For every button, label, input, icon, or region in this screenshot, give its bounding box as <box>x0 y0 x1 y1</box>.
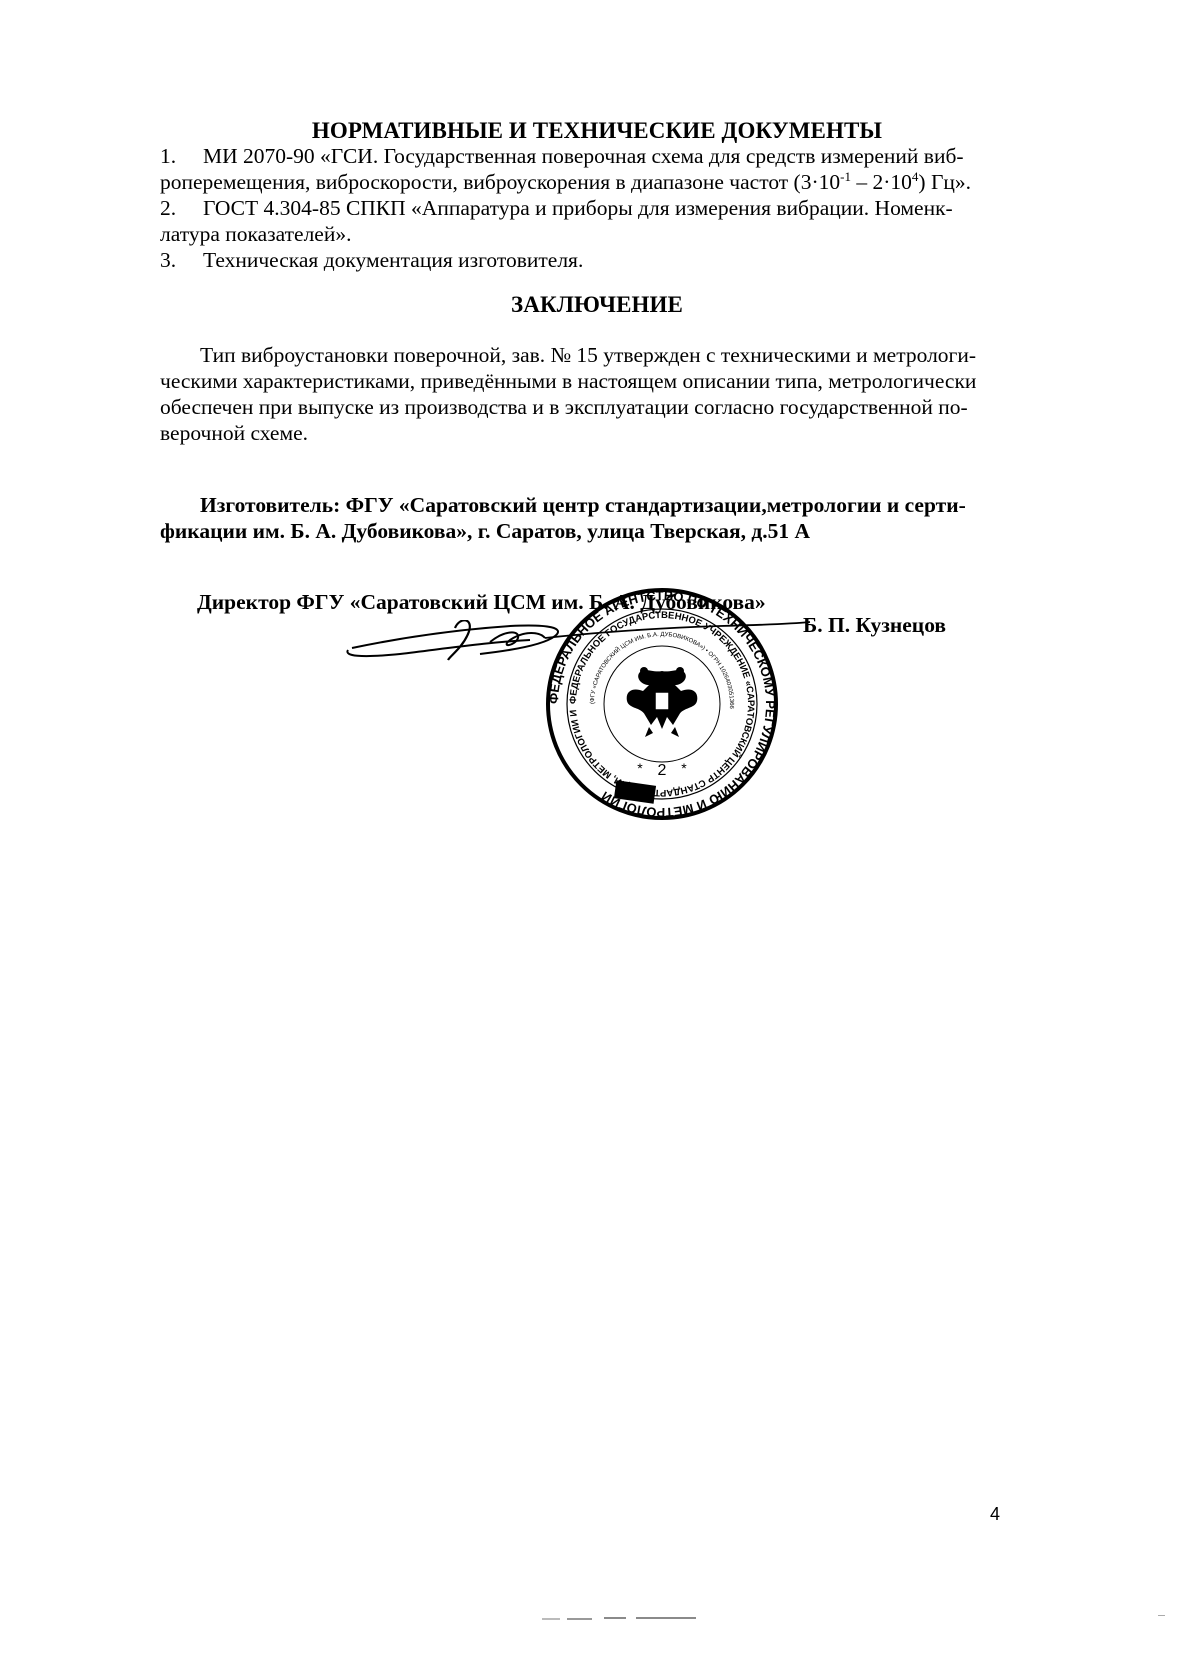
norm-item-2-line1: 2.ГОСТ 4.304-85 СПКП «Аппаратура и прибо… <box>160 195 950 221</box>
document-page: НОРМАТИВНЫЕ И ТЕХНИЧЕСКИЕ ДОКУМЕНТЫ 1.МИ… <box>0 0 1194 1664</box>
section-title-conclusion: ЗАКЛЮЧЕНИЕ <box>0 292 1194 318</box>
norm-item-number: 1. <box>160 143 203 169</box>
scan-artifact <box>1158 1615 1165 1616</box>
official-stamp: ФЕДЕРАЛЬНОЕ АГЕНТСТВО ПО ТЕХНИЧЕСКОМУ РЕ… <box>545 587 779 821</box>
norm-item-1-line1: 1.МИ 2070-90 «ГСИ. Государственная повер… <box>160 143 950 169</box>
manufacturer-line-2: фикации им. Б. А. Дубовикова», г. Сарато… <box>160 518 810 544</box>
stamp-number: 2 <box>658 762 667 779</box>
svg-text:*: * <box>681 760 687 776</box>
scan-artifact <box>542 1618 560 1620</box>
norm-item-1-line2: роперемещения, виброскорости, виброускор… <box>160 169 950 195</box>
scan-artifact <box>567 1618 592 1620</box>
conclusion-line-1: Тип виброустановки поверочной, зав. № 15… <box>200 342 950 368</box>
scan-artifact <box>636 1617 696 1619</box>
double-headed-eagle-icon <box>627 667 698 737</box>
norm-item-3-line1: 3.Техническая документация изготовителя. <box>160 247 583 273</box>
scan-artifact <box>604 1617 626 1619</box>
svg-text:*: * <box>637 760 643 776</box>
manufacturer-line-1: Изготовитель: ФГУ «Саратовский центр ста… <box>200 492 950 518</box>
conclusion-line-2: ческими характеристиками, приведёнными в… <box>160 368 950 394</box>
conclusion-line-3: обеспечен при выпуске из производства и … <box>160 394 950 420</box>
norm-item-number: 2. <box>160 195 203 221</box>
norm-item-number: 3. <box>160 247 203 273</box>
page-number: 4 <box>990 1504 1000 1525</box>
conclusion-line-4: верочной схеме. <box>160 420 308 446</box>
norm-item-2-line2: латура показателей». <box>160 221 351 247</box>
section-title-normative-docs: НОРМАТИВНЫЕ И ТЕХНИЧЕСКИЕ ДОКУМЕНТЫ <box>0 118 1194 144</box>
